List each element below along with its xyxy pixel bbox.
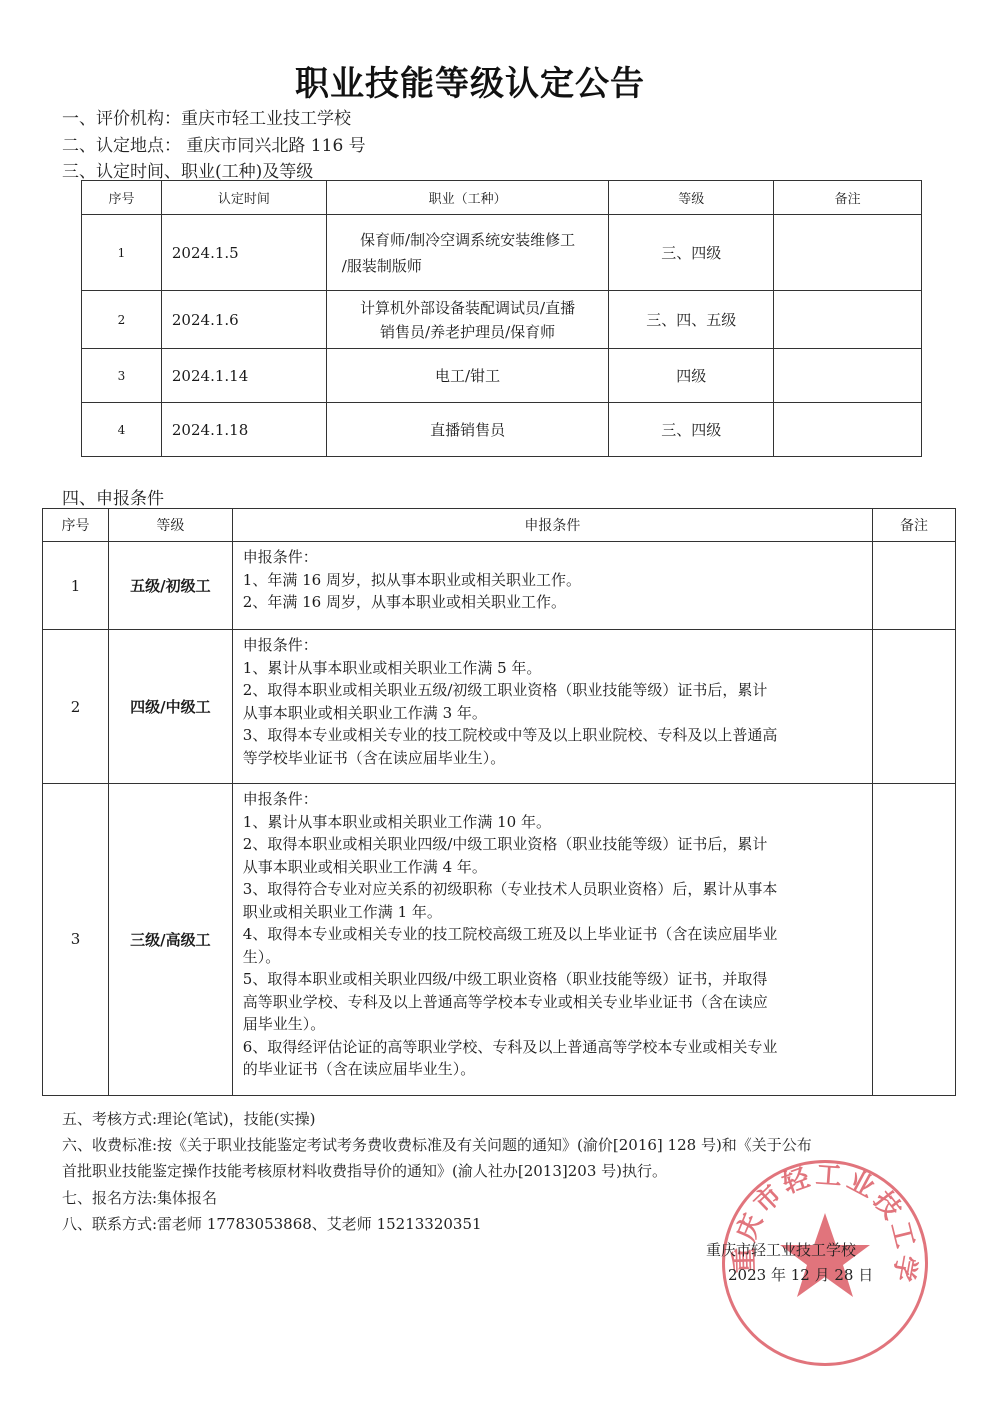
row-level: 四级 [609, 349, 774, 403]
page-title: 职业技能等级认定公告 [0, 56, 940, 105]
fee-standard-line1: 六、收费标准:按《关于职业技能鉴定考试考务费收费标准及有关问题的通知》(渝价[2… [62, 1134, 812, 1155]
row-level: 四级/中级工 [108, 630, 232, 784]
row-jobs: 保育师/制冷空调系统安装维修工 /服装制版师 [326, 215, 609, 291]
condition-line: 2、年满 16 周岁，从事本职业或相关职业工作。 [243, 591, 864, 614]
row-jobs: 电工/钳工 [326, 349, 609, 403]
table-row: 2 2024.1.6 计算机外部设备装配调试员/直播 销售员/养老护理员/保育师… [82, 291, 922, 349]
row-conditions: 申报条件： 1、累计从事本职业或相关职业工作满 5 年。 2、取得本职业或相关职… [232, 630, 872, 784]
contact-info: 八、联系方式:雷老师 17783053868、艾老师 15213320351 [62, 1213, 482, 1234]
row-date: 2024.1.6 [161, 291, 326, 349]
evaluation-place: 二、认定地点： 重庆市同兴北路 116 号 [62, 131, 366, 156]
condition-line: 2、取得本职业或相关职业五级/初级工职业资格（职业技能等级）证书后，累计 [243, 679, 864, 702]
condition-line: 申报条件： [243, 546, 864, 569]
condition-line: 1、年满 16 周岁，拟从事本职业或相关职业工作。 [243, 569, 864, 592]
row-conditions: 申报条件： 1、年满 16 周岁，拟从事本职业或相关职业工作。 2、年满 16 … [232, 542, 872, 630]
condition-line: 1、累计从事本职业或相关职业工作满 10 年。 [243, 811, 864, 834]
condition-line: 3、取得本专业或相关专业的技工院校或中等及以上职业院校、专科及以上普通高 [243, 724, 864, 747]
condition-line: 等学校毕业证书（含在读应届毕业生）。 [243, 747, 864, 770]
jobs-line: 计算机外部设备装配调试员/直播 [328, 296, 608, 320]
condition-line: 5、取得本职业或相关职业四级/中级工职业资格（职业技能等级）证书，并取得 [243, 968, 864, 991]
row-jobs: 直播销售员 [326, 403, 609, 457]
condition-line: 申报条件： [243, 788, 864, 811]
official-seal: 重庆市轻工业技工学校 [722, 1160, 928, 1366]
row-seq: 4 [82, 403, 162, 457]
column-header-job: 职业（工种） [326, 181, 609, 215]
table-header-row: 序号 等级 申报条件 备注 [43, 509, 956, 542]
column-header-date: 认定时间 [161, 181, 326, 215]
jobs-line: 保育师/制冷空调系统安装维修工 [328, 227, 608, 253]
row-seq: 1 [82, 215, 162, 291]
row-conditions: 申报条件： 1、累计从事本职业或相关职业工作满 10 年。 2、取得本职业或相关… [232, 784, 872, 1096]
schedule-table: 序号 认定时间 职业（工种） 等级 备注 1 2024.1.5 保育师/制冷空调… [81, 180, 922, 457]
condition-line: 4、取得本专业或相关专业的技工院校高级工班及以上毕业证书（含在读应届毕业 [243, 923, 864, 946]
jobs-line: 销售员/养老护理员/保育师 [328, 320, 608, 344]
jobs-line: /服装制版师 [328, 253, 608, 279]
column-header-note: 备注 [873, 509, 956, 542]
row-seq: 2 [82, 291, 162, 349]
exam-method: 五、考核方式:理论(笔试)，技能(实操) [62, 1108, 315, 1129]
table-header-row: 序号 认定时间 职业（工种） 等级 备注 [82, 181, 922, 215]
table-row: 1 五级/初级工 申报条件： 1、年满 16 周岁，拟从事本职业或相关职业工作。… [43, 542, 956, 630]
row-level: 三、四级 [609, 403, 774, 457]
condition-line: 职业或相关职业工作满 1 年。 [243, 901, 864, 924]
column-header-seq: 序号 [43, 509, 109, 542]
table-row: 4 2024.1.18 直播销售员 三、四级 [82, 403, 922, 457]
fee-standard-line2: 首批职业技能鉴定操作技能考核原材料收费指导价的通知》(渝人社办[2013]203… [62, 1160, 667, 1181]
row-date: 2024.1.18 [161, 403, 326, 457]
condition-line: 的毕业证书（含在读应届毕业生）。 [243, 1058, 864, 1081]
row-note [774, 349, 922, 403]
row-note [873, 630, 956, 784]
row-note [873, 542, 956, 630]
condition-line: 届毕业生）。 [243, 1013, 864, 1036]
row-date: 2024.1.14 [161, 349, 326, 403]
conditions-table: 序号 等级 申报条件 备注 1 五级/初级工 申报条件： 1、年满 16 周岁，… [42, 508, 956, 1096]
row-date: 2024.1.5 [161, 215, 326, 291]
signature-org: 重庆市轻工业技工学校 [706, 1239, 856, 1260]
conditions-heading: 四、申报条件 [62, 484, 164, 509]
seal-star-icon: 重庆市轻工业技工学校 [725, 1163, 925, 1363]
row-level: 五级/初级工 [108, 542, 232, 630]
registration-method: 七、报名方法:集体报名 [62, 1187, 217, 1208]
row-seq: 3 [43, 784, 109, 1096]
row-note [774, 403, 922, 457]
condition-line: 高等职业学校、专科及以上普通高等学校本专业或相关专业毕业证书（含在读应 [243, 991, 864, 1014]
condition-line: 6、取得经评估论证的高等职业学校、专科及以上普通高等学校本专业或相关专业 [243, 1036, 864, 1059]
condition-line: 生）。 [243, 946, 864, 969]
row-level: 三级/高级工 [108, 784, 232, 1096]
row-jobs: 计算机外部设备装配调试员/直播 销售员/养老护理员/保育师 [326, 291, 609, 349]
condition-line: 申报条件： [243, 634, 864, 657]
column-header-seq: 序号 [82, 181, 162, 215]
condition-line: 2、取得本职业或相关职业四级/中级工职业资格（职业技能等级）证书后，累计 [243, 833, 864, 856]
column-header-note: 备注 [774, 181, 922, 215]
row-seq: 1 [43, 542, 109, 630]
schedule-heading: 三、认定时间、职业(工种)及等级 [62, 157, 313, 182]
table-row: 3 三级/高级工 申报条件： 1、累计从事本职业或相关职业工作满 10 年。 2… [43, 784, 956, 1096]
condition-line: 1、累计从事本职业或相关职业工作满 5 年。 [243, 657, 864, 680]
row-level: 三、四级 [609, 215, 774, 291]
table-row: 3 2024.1.14 电工/钳工 四级 [82, 349, 922, 403]
condition-line: 从事本职业或相关职业工作满 4 年。 [243, 856, 864, 879]
row-level: 三、四、五级 [609, 291, 774, 349]
table-row: 1 2024.1.5 保育师/制冷空调系统安装维修工 /服装制版师 三、四级 [82, 215, 922, 291]
row-note [774, 291, 922, 349]
row-seq: 2 [43, 630, 109, 784]
row-note [774, 215, 922, 291]
condition-line: 从事本职业或相关职业工作满 3 年。 [243, 702, 864, 725]
condition-line: 3、取得符合专业对应关系的初级职称（专业技术人员职业资格）后，累计从事本 [243, 878, 864, 901]
signature-date: 2023 年 12 月 28 日 [728, 1264, 873, 1285]
evaluation-org: 一、评价机构：重庆市轻工业技工学校 [62, 104, 351, 129]
row-note [873, 784, 956, 1096]
column-header-conditions: 申报条件 [232, 509, 872, 542]
column-header-level: 等级 [609, 181, 774, 215]
row-seq: 3 [82, 349, 162, 403]
table-row: 2 四级/中级工 申报条件： 1、累计从事本职业或相关职业工作满 5 年。 2、… [43, 630, 956, 784]
column-header-level: 等级 [108, 509, 232, 542]
